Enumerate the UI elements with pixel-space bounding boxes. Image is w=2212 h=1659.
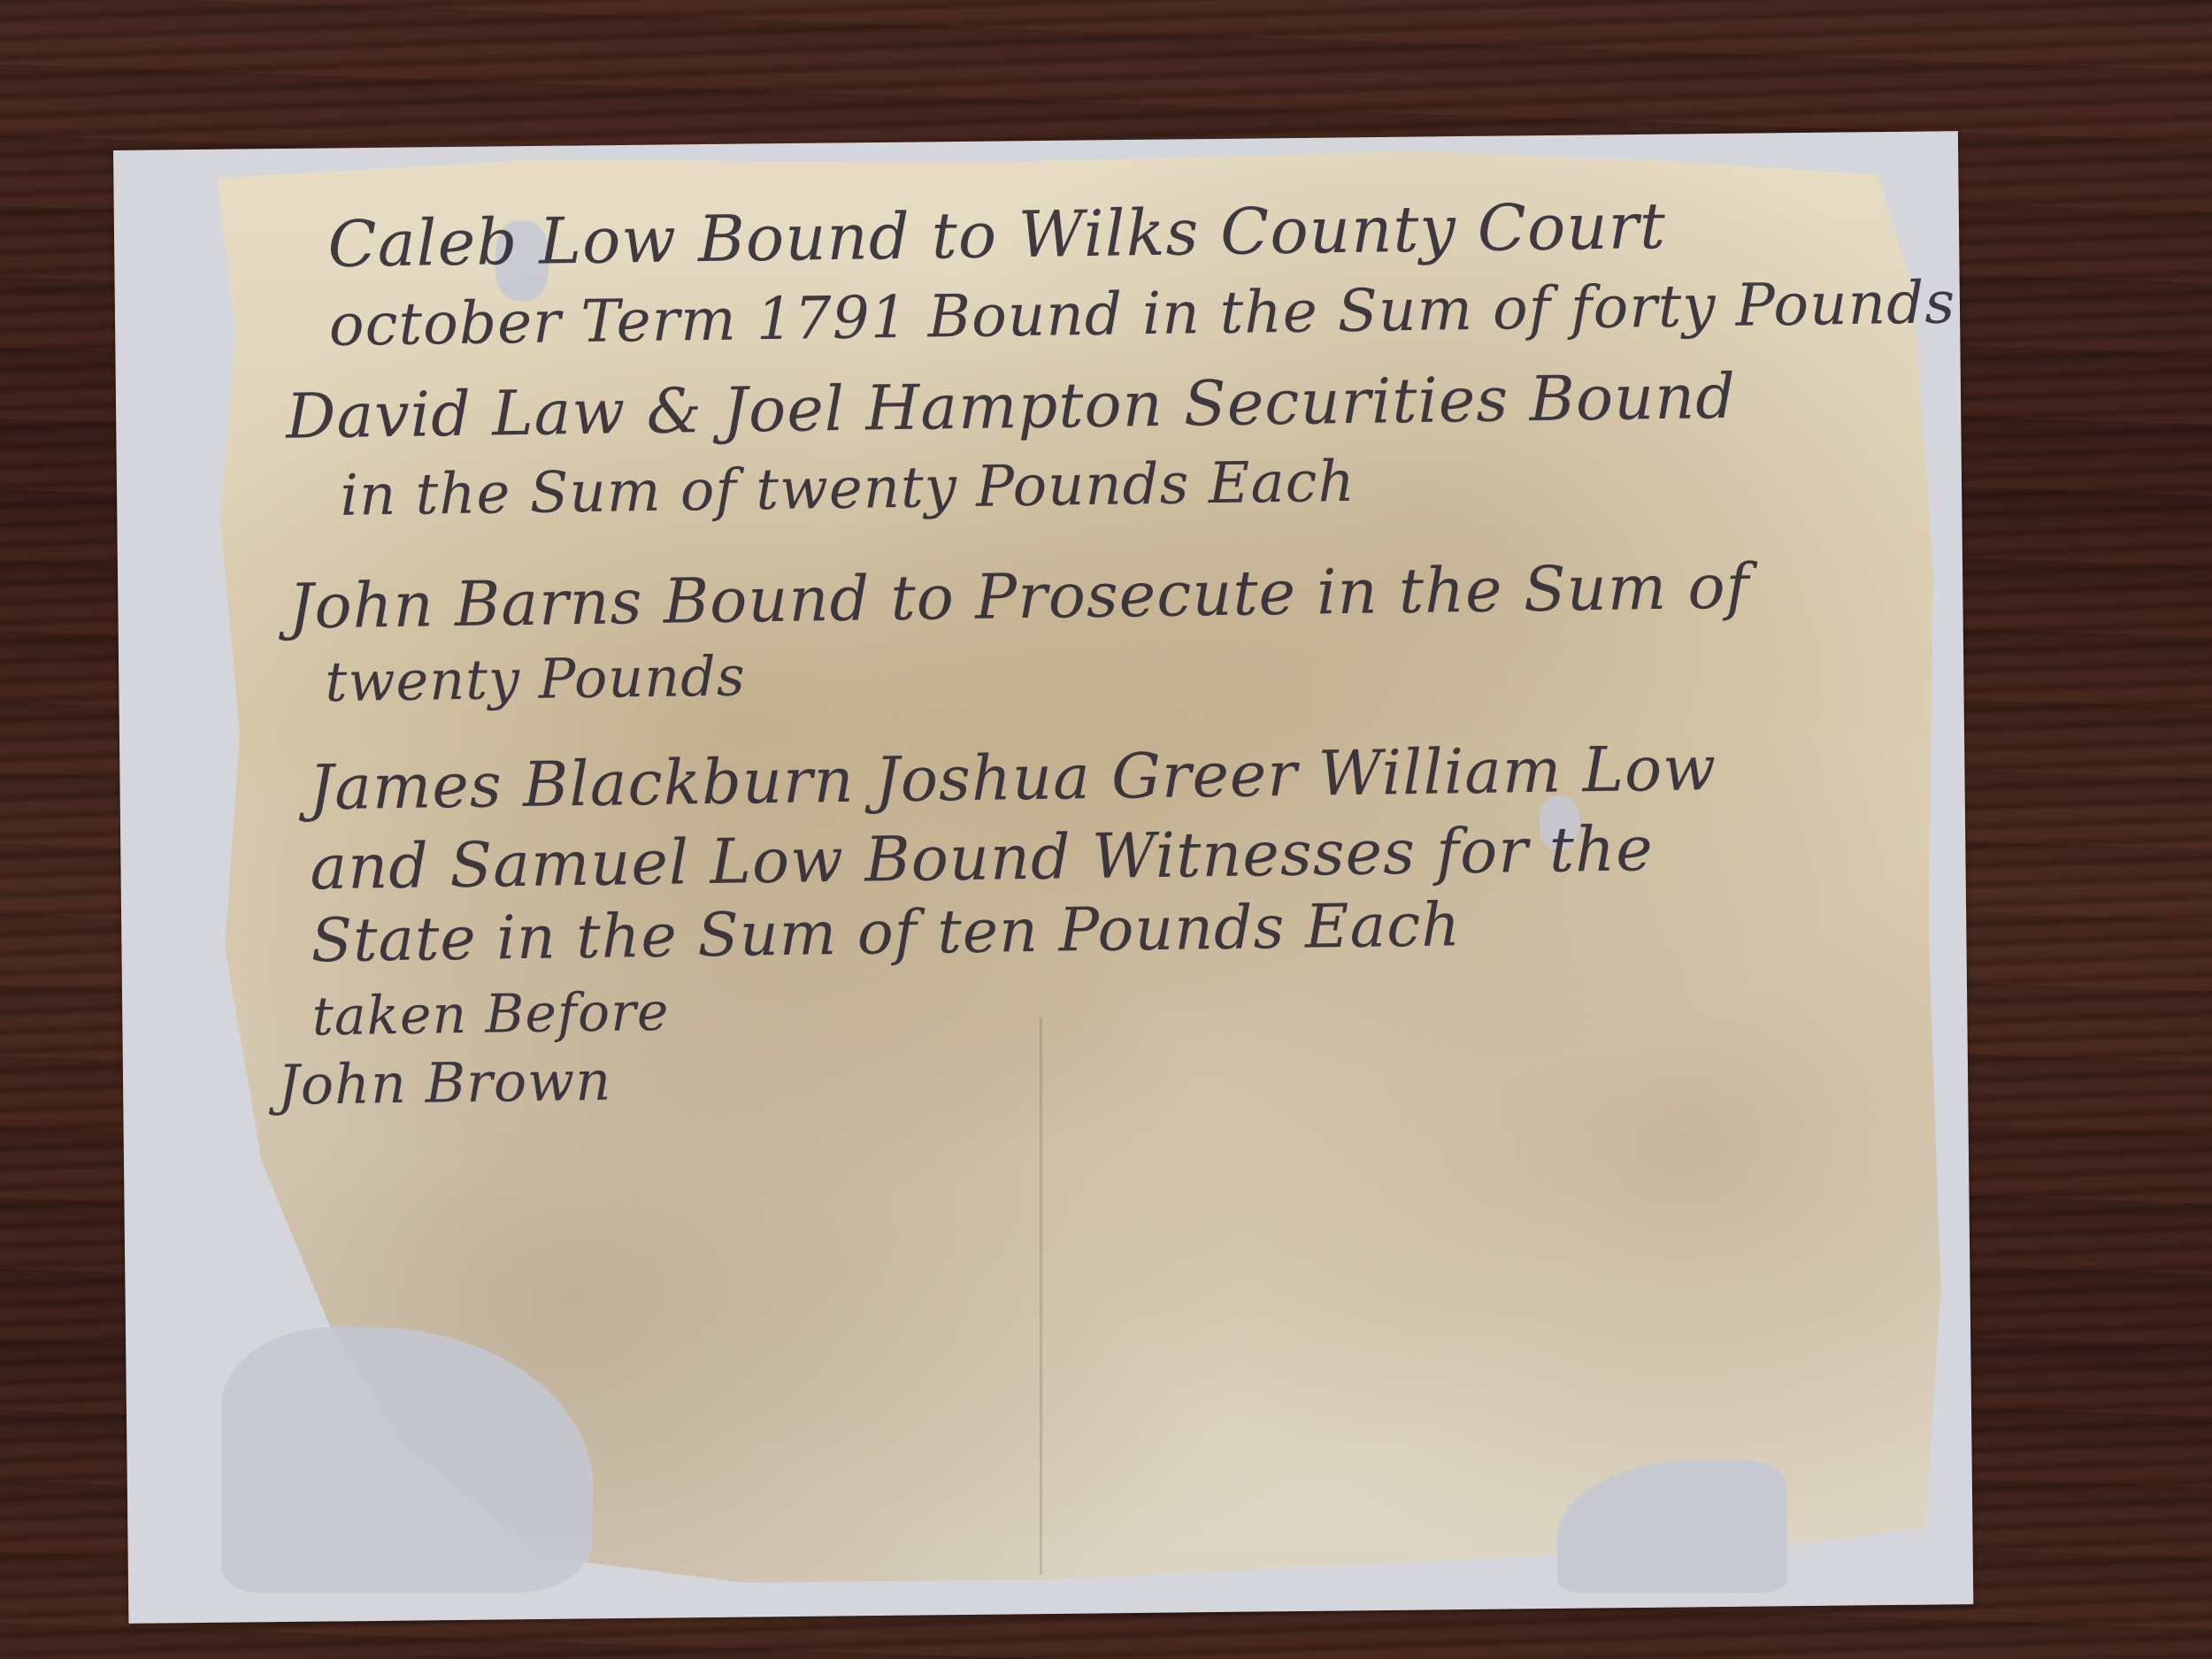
signature-text: John Brown [277,1048,611,1118]
paper-fold-line [1040,1018,1042,1575]
text-line: taken Before [311,981,670,1048]
text-line: twenty Pounds [325,643,746,714]
